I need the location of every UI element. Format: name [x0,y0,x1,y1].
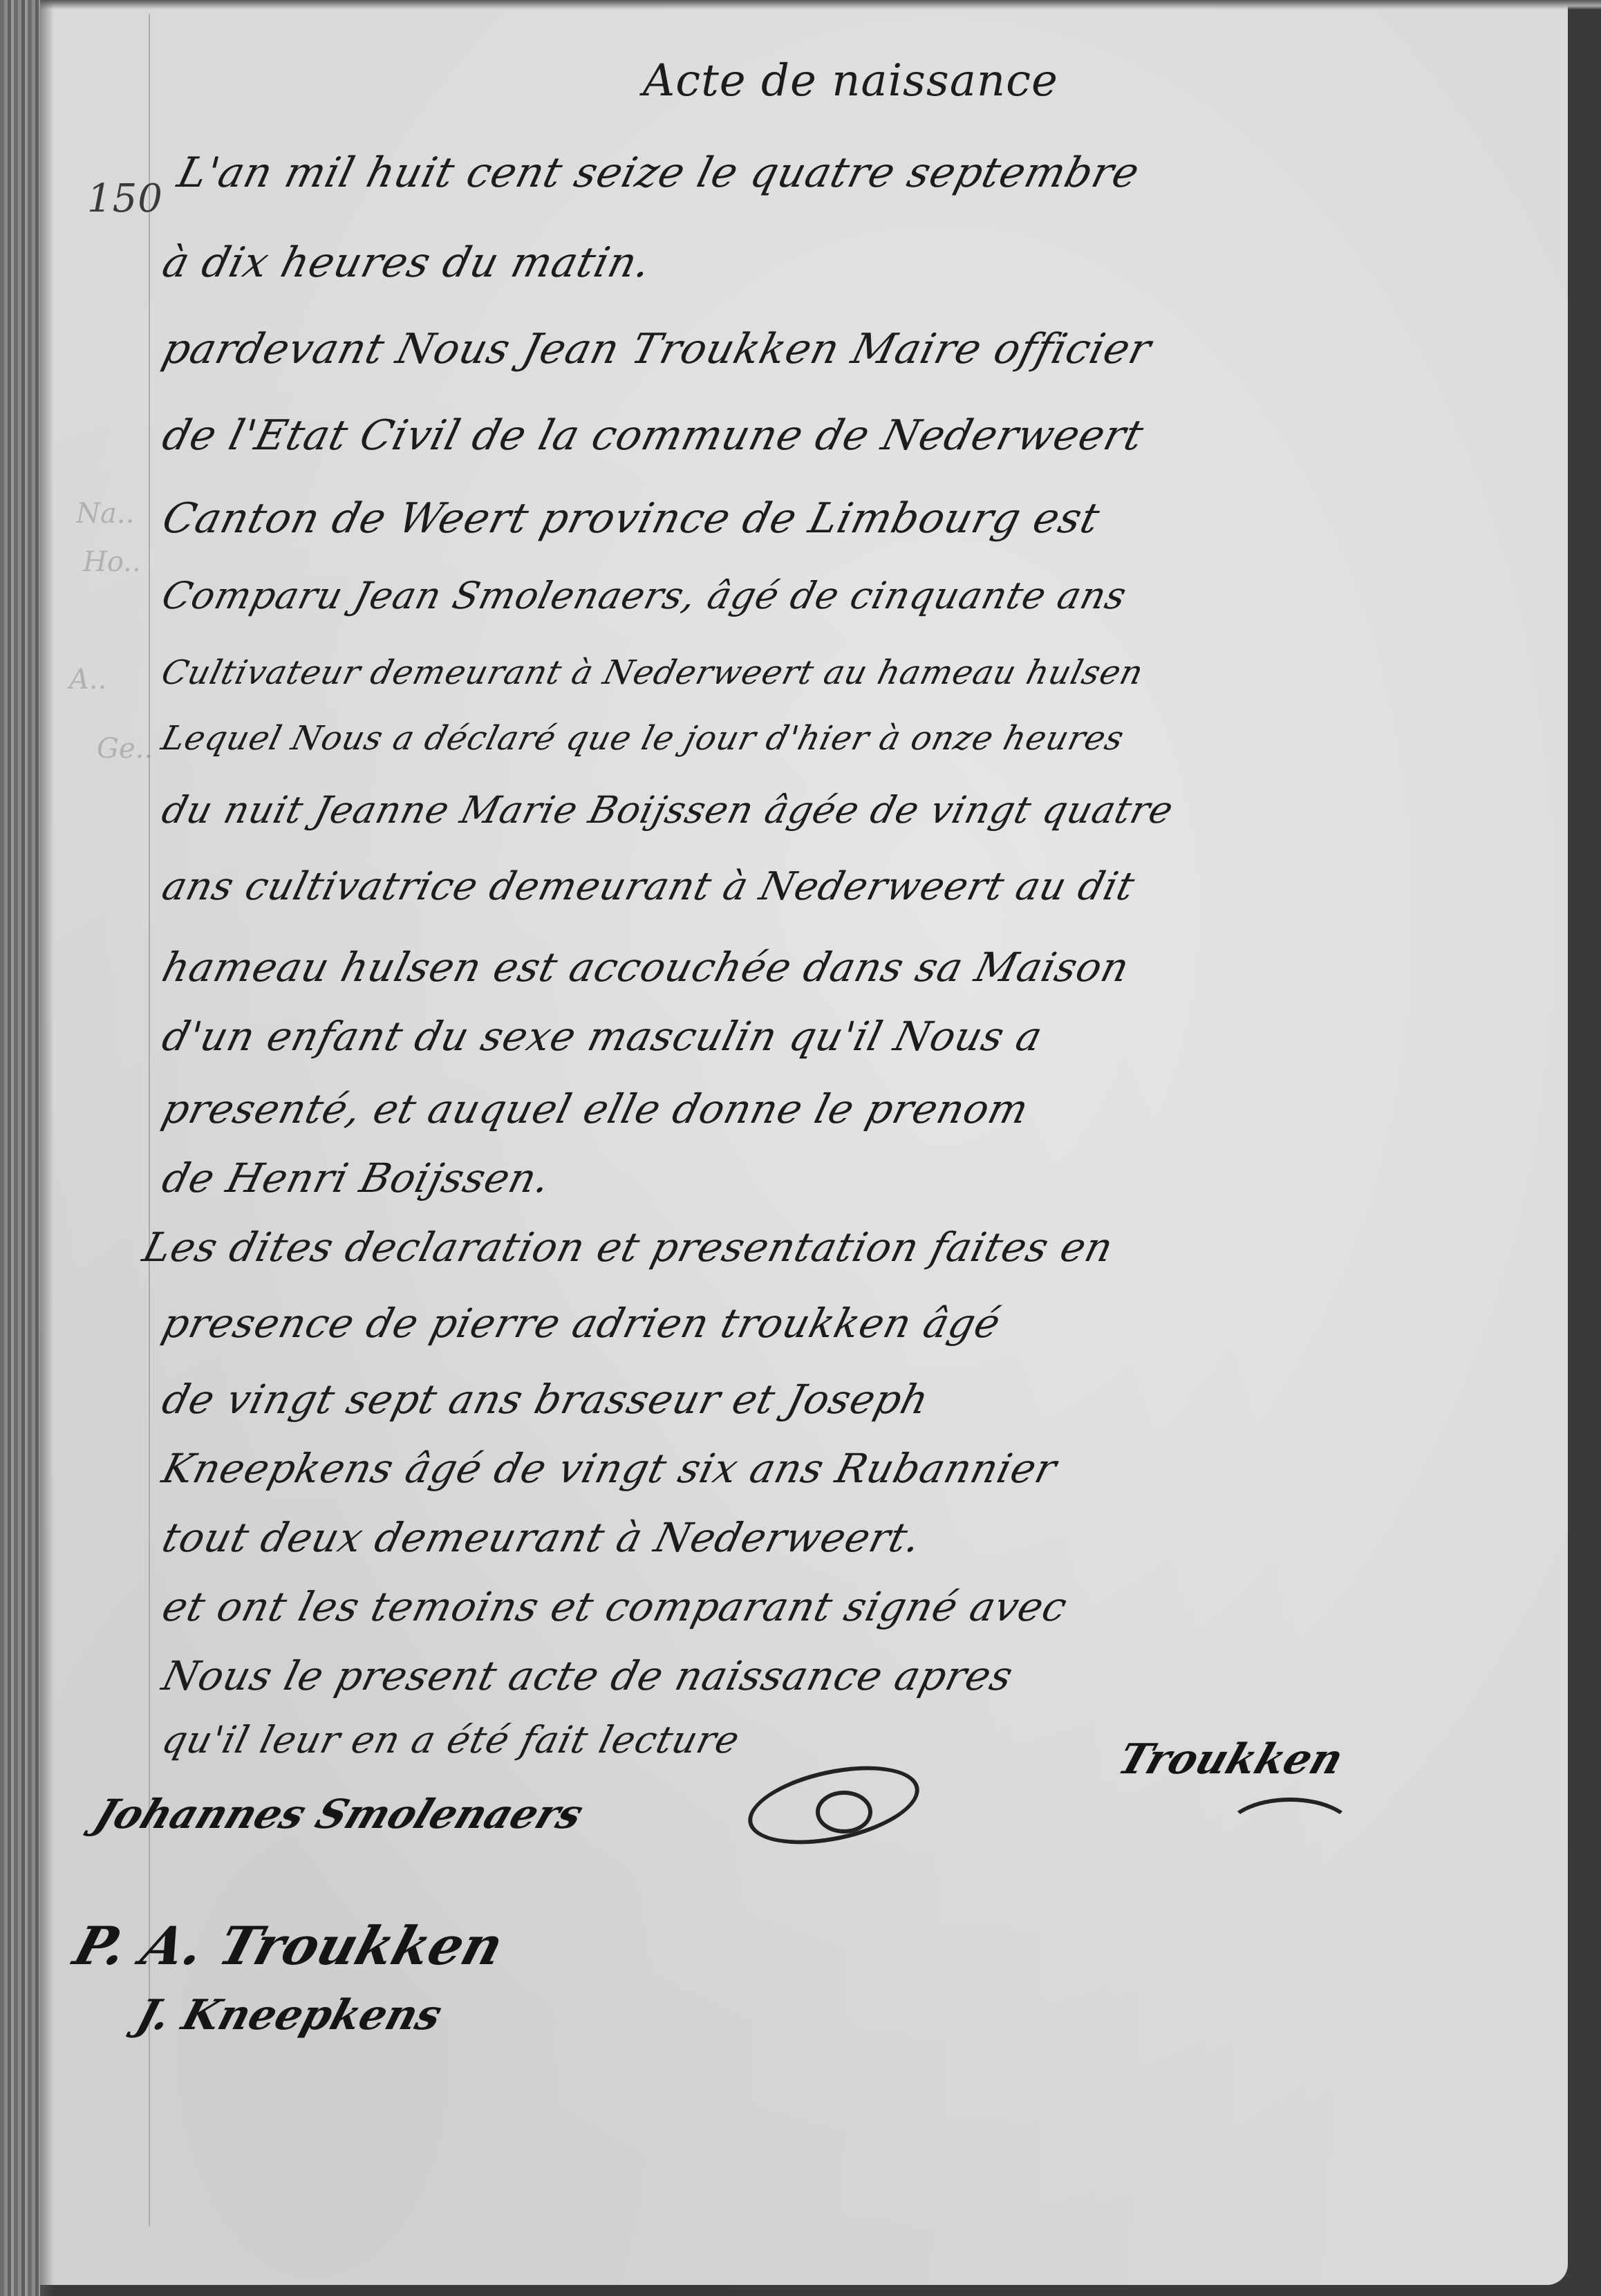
text-line: Canton de Weert province de Limbourg est [158,494,1105,543]
declarant-signature: Johannes Smolenaers [88,1791,590,1838]
register-page: Acte de naissance 150 Na.. Ho.. A.. Ge..… [0,0,1568,2285]
faint-margin-note: Ho.. [83,546,141,578]
mayor-signature: Troukken [1112,1735,1349,1784]
text-line: d'un enfant du sexe masculin qu'il Nous … [158,1013,1047,1060]
text-line: Cultivateur demeurant à Nederweert au ha… [158,653,1148,692]
text-line: presence de pierre adrien troukken âgé [158,1300,1006,1347]
text-line: presenté, et auquel elle donne le prenom [158,1085,1033,1132]
faint-margin-note: Ge.. [97,733,153,765]
text-line: qu'il leur en a été fait lecture [158,1718,745,1762]
text-line: ans cultivatrice demeurant à Nederweert … [158,864,1139,909]
text-line: à dix heures du matin. [158,239,656,287]
page-top-edge [0,0,1601,10]
text-line: tout deux demeurant à Nederweert. [158,1514,926,1561]
mayor-signature-flourish [1224,1798,1356,1868]
faint-margin-note: Na.. [76,498,134,530]
text-line: de l'Etat Civil de la commune de Nederwe… [158,411,1149,460]
text-line: Comparu Jean Smolenaers, âgé de cinquant… [158,574,1131,617]
text-line: de vingt sept ans brasseur et Joseph [158,1376,934,1423]
text-line: Kneepkens âgé de vingt six ans Rubannier [158,1445,1062,1492]
entry-number: 150 [87,176,163,221]
document-title: Acte de naissance [643,55,1058,106]
text-line: Nous le present acte de naissance apres [158,1652,1018,1699]
text-line: pardevant Nous Jean Troukken Maire offic… [158,325,1157,373]
text-line: Lequel Nous a déclaré que le jour d'hier… [158,719,1128,758]
margin-rule [149,14,150,2226]
paraph-flourish [816,1791,872,1833]
faint-margin-note: A.. [69,664,106,696]
text-line: hameau hulsen est accouchée dans sa Mais… [158,944,1134,991]
binding-shadow [40,0,54,2296]
witness-1-signature: P. A. Troukken [67,1915,510,1977]
book-binding [0,0,40,2296]
text-line: du nuit Jeanne Marie Boijssen âgée de vi… [158,788,1178,832]
text-line: L'an mil huit cent seize le quatre septe… [173,149,1145,197]
text-line: de Henri Boijssen. [158,1155,556,1202]
text-line: et ont les temoins et comparant signé av… [158,1583,1072,1630]
witness-2-signature: J. Kneepkens [131,1991,447,2040]
text-line: Les dites declaration et presentation fa… [138,1224,1118,1271]
